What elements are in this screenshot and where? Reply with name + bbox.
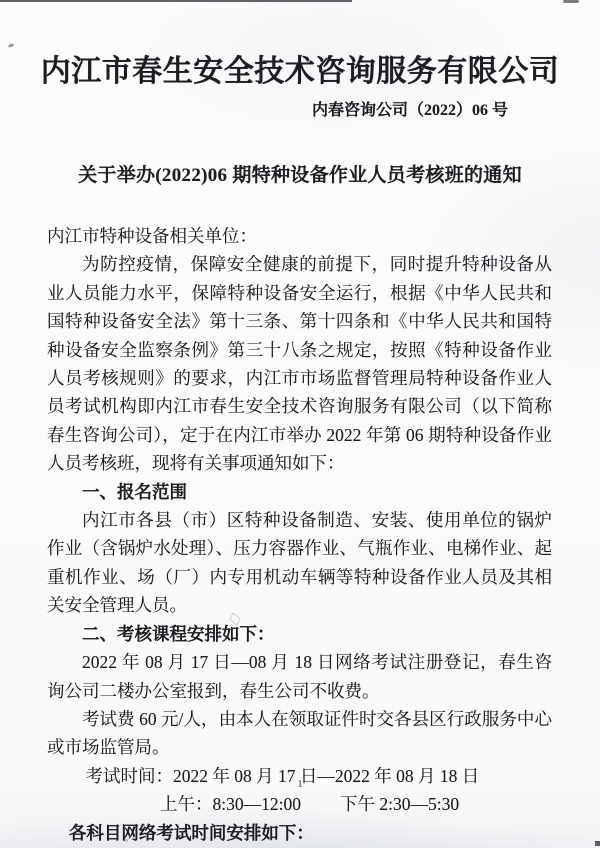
scanned-notice-page: 内江市春生安全技术咨询服务有限公司 内春咨询公司（2022）06 号 关于举办(… <box>0 0 600 848</box>
salutation-line: 内江市特种设备相关单位： <box>47 222 552 250</box>
document-number: 内春咨询公司（2022）06 号 <box>0 100 508 122</box>
registration-paragraph: 2022 年 08 月 17 日—08 月 18 日网络考试注册登记，春生咨询公… <box>47 648 552 705</box>
intro-paragraph: 为防控疫情，保障安全健康的前提下，同时提升特种设备从业人员能力水平，保障特种设备… <box>47 250 552 477</box>
notice-title: 关于举办(2022)06 期特种设备作业人员考核班的通知 <box>0 162 600 190</box>
page-number: 1 <box>0 778 600 790</box>
exam-fee-paragraph: 考试费 60 元/人，由本人在领取证件时交各县区行政服务中心或市场监管局。 <box>47 705 552 762</box>
scan-mark-bottom-right <box>595 841 600 846</box>
exam-session-line: 上午：8:30—12:00下午 2:30—5:30 <box>47 790 552 818</box>
section-1-scope-paragraph: 内江市各县（市）区特种设备制造、安装、使用单位的锅炉作业（含锅炉水处理）、压力容… <box>47 506 552 620</box>
afternoon-session: 下午 2:30—5:30 <box>340 794 459 814</box>
section-1-heading: 一、报名范围 <box>47 478 552 506</box>
schedule-heading: 各科目网络考试时间安排如下： <box>47 819 552 847</box>
notice-body: 内江市特种设备相关单位： 为防控疫情，保障安全健康的前提下，同时提升特种设备从业… <box>47 222 552 847</box>
section-2-heading: 二、考核课程安排如下： <box>47 620 552 648</box>
morning-session: 上午：8:30—12:00 <box>160 794 301 814</box>
company-title: 内江市春生安全技术咨询服务有限公司 <box>0 0 600 90</box>
